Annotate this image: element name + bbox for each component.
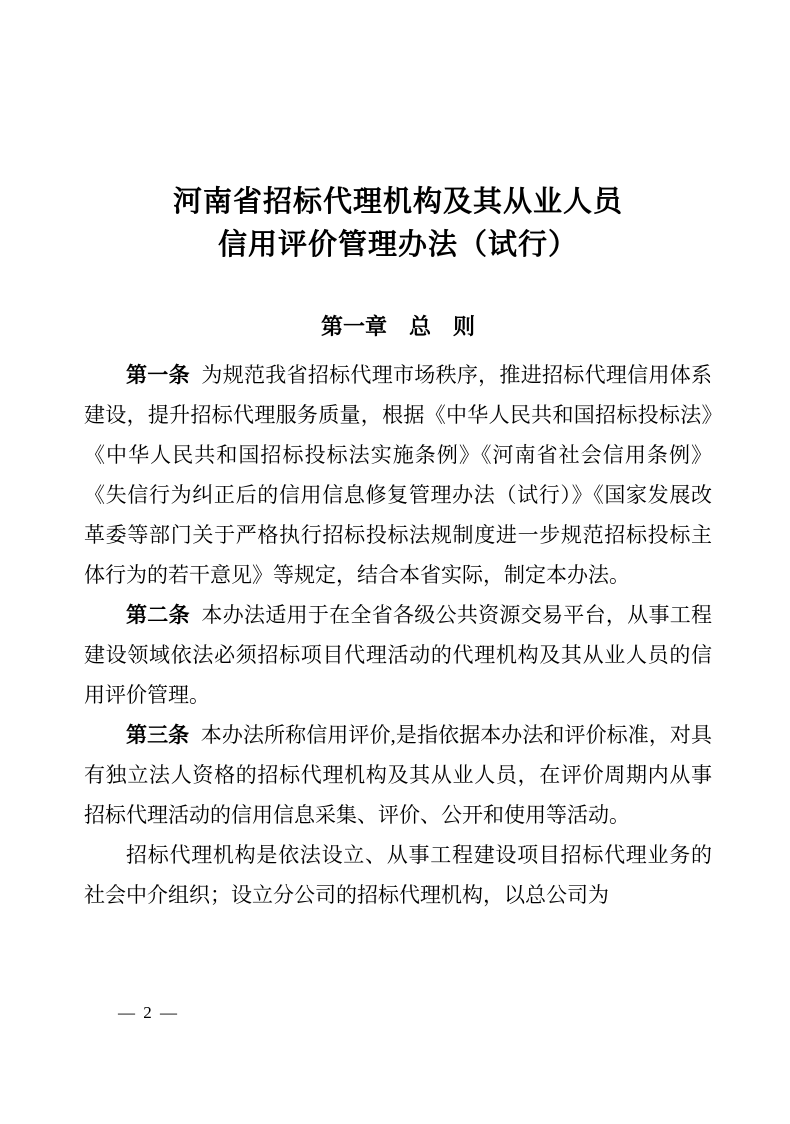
article-number-1: 第一条 [126,363,190,387]
document-title-line-2: 信用评价管理办法（试行） [84,224,712,267]
document-page: 河南省招标代理机构及其从业人员 信用评价管理办法（试行） 第一章 总 则 第一条… [0,0,790,1124]
chapter-heading: 第一章 总 则 [84,314,712,340]
document-body: 第一条为规范我省招标代理市场秩序，推进招标代理信用体系建设，提升招标代理服务质量… [84,355,712,915]
document-content: 河南省招标代理机构及其从业人员 信用评价管理办法（试行） 第一章 总 则 第一条… [84,181,712,915]
paragraph-article-1: 第一条为规范我省招标代理市场秩序，推进招标代理信用体系建设，提升招标代理服务质量… [84,355,712,595]
paragraph-continuation: 招标代理机构是依法设立、从事工程建设项目招标代理业务的社会中介组织；设立分公司的… [84,835,712,915]
paragraph-text-4: 招标代理机构是依法设立、从事工程建设项目招标代理业务的社会中介组织；设立分公司的… [84,843,712,907]
document-title: 河南省招标代理机构及其从业人员 信用评价管理办法（试行） [84,181,712,267]
article-number-2: 第二条 [126,603,190,627]
article-number-3: 第三条 [126,723,189,747]
paragraph-article-3: 第三条本办法所称信用评价,是指依据本办法和评价标准，对具有独立法人资格的招标代理… [84,715,712,835]
page-number: — 2 — [118,1001,179,1025]
paragraph-text-1: 为规范我省招标代理市场秩序，推进招标代理信用体系建设，提升招标代理服务质量，根据… [84,363,712,587]
paragraph-article-2: 第二条本办法适用于在全省各级公共资源交易平台，从事工程建设领域依法必须招标项目代… [84,595,712,715]
document-title-line-1: 河南省招标代理机构及其从业人员 [84,181,712,224]
